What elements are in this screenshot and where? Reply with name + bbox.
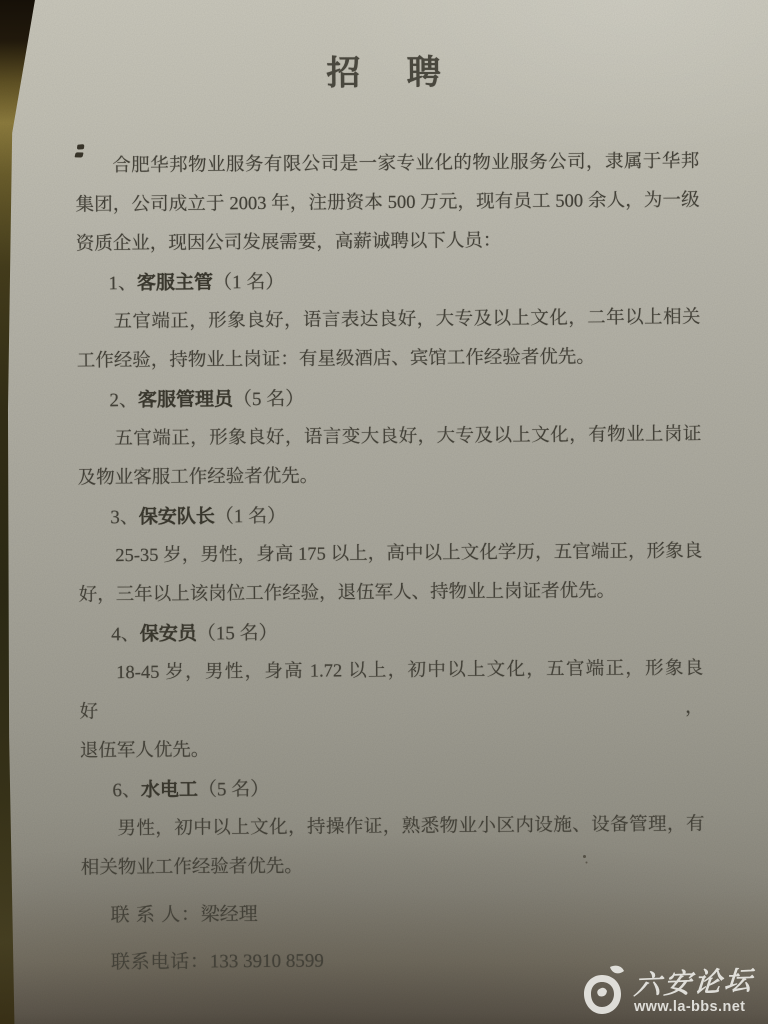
text-line: 好，三年以上该岗位工作经验，退伍军人、持物业上岗证者优先。 [79, 572, 703, 616]
watermark-site-name: 六安论坛 [633, 967, 756, 999]
text-line: 集团，公司成立于 2003 年，注册资本 500 万元，现有员工 500 余人，… [75, 182, 699, 226]
text-line: 合肥华邦物业服务有限公司是一家专业化的物业服务公司，隶属于华邦 [75, 143, 699, 187]
position-number: 1、 [108, 273, 137, 294]
text-line: 男性，初中以上文化，持操作证，熟悉物业小区内设施、设备管理，有 [80, 806, 704, 850]
position-name: 客服主管 [137, 272, 213, 294]
contact-value: 梁经理 [201, 904, 258, 925]
position-heading: 6、水电工（5 名） [80, 767, 704, 811]
position-number: 4、 [111, 624, 140, 645]
position-name: 保安员 [140, 624, 197, 645]
position-count: （5 名） [198, 779, 269, 801]
text-line: 相关物业工作经验者优先。 [81, 845, 705, 889]
position-number: 6、 [112, 780, 141, 801]
position-count: （1 名） [215, 506, 286, 528]
text-line: 资质企业，现因公司发展需要，高薪诚聘以下人员： [76, 221, 700, 265]
position-number: 3、 [110, 507, 139, 528]
contact-line: 联 系 人：梁经理 [81, 892, 705, 936]
watermark-site-url: www.la-bbs.net [634, 999, 745, 1015]
position-name: 水电工 [141, 780, 198, 801]
text-line: 18-45 岁，男性，身高 1.72 以上，初中以上文化，五官端正，形象良好， [79, 650, 704, 733]
dust-speck [583, 855, 586, 858]
position-heading: 2、客服管理员（5 名） [77, 377, 701, 421]
position-name: 保安队长 [139, 506, 215, 528]
paragraph: 18-45 岁，男性，身高 1.72 以上，初中以上文化，五官端正，形象良好，退… [79, 650, 704, 772]
paragraph: 五官端正，形象良好，语言表达良好，大专及以上文化，二年以上相关工作经验，持物业上… [76, 299, 701, 382]
contact-label: 联 系 人： [111, 904, 201, 926]
document-content: 招 聘 合肥华邦物业服务有限公司是一家专业化的物业服务公司，隶属于华邦集团，公司… [74, 40, 705, 983]
paragraph: 25-35 岁，男性，身高 175 以上，高中以上文化学历，五官端正，形象良好，… [78, 533, 703, 616]
ink-smudge [77, 144, 85, 150]
contact-label: 联系电话： [111, 951, 210, 973]
position-heading: 4、保安员（15 名） [79, 611, 703, 655]
position-name: 客服管理员 [138, 389, 233, 411]
text-line: 及物业客服工作经验者优先。 [78, 455, 702, 499]
text-line: 退伍军人优先。 [80, 728, 704, 772]
forum-logo-icon [581, 965, 629, 1019]
watermark-text: 六安论坛 www.la-bbs.net [634, 970, 754, 1015]
paragraph: 合肥华邦物业服务有限公司是一家专业化的物业服务公司，隶属于华邦集团，公司成立于 … [75, 143, 700, 265]
document-blocks: 合肥华邦物业服务有限公司是一家专业化的物业服务公司，隶属于华邦集团，公司成立于 … [75, 143, 706, 983]
position-number: 2、 [109, 390, 138, 411]
text-line: 25-35 岁，男性，身高 175 以上，高中以上文化学历，五官端正，形象良 [78, 533, 702, 577]
text-line: 五官端正，形象良好，语言表达良好，大专及以上文化，二年以上相关 [76, 299, 700, 343]
text-line: 工作经验，持物业上岗证：有星级酒店、宾馆工作经验者优先。 [77, 338, 701, 382]
paragraph: 男性，初中以上文化，持操作证，熟悉物业小区内设施、设备管理，有相关物业工作经验者… [80, 806, 705, 889]
position-heading: 3、保安队长（1 名） [78, 494, 702, 538]
photo-background-edge [0, 0, 38, 1024]
position-heading: 1、客服主管（1 名） [76, 260, 700, 304]
position-count: （15 名） [197, 623, 278, 645]
text-line: 五官端正，形象良好，语言变大良好，大专及以上文化，有物业上岗证 [77, 416, 701, 460]
forum-watermark: 六安论坛 www.la-bbs.net [581, 965, 754, 1019]
document-title: 招 聘 [74, 40, 698, 109]
document-photo: 招 聘 合肥华邦物业服务有限公司是一家专业化的物业服务公司，隶属于华邦集团，公司… [0, 0, 768, 1024]
position-count: （1 名） [213, 272, 284, 294]
paragraph: 五官端正，形象良好，语言变大良好，大专及以上文化，有物业上岗证及物业客服工作经验… [77, 416, 702, 499]
position-count: （5 名） [233, 389, 304, 411]
contact-value: 133 3910 8599 [210, 951, 324, 973]
